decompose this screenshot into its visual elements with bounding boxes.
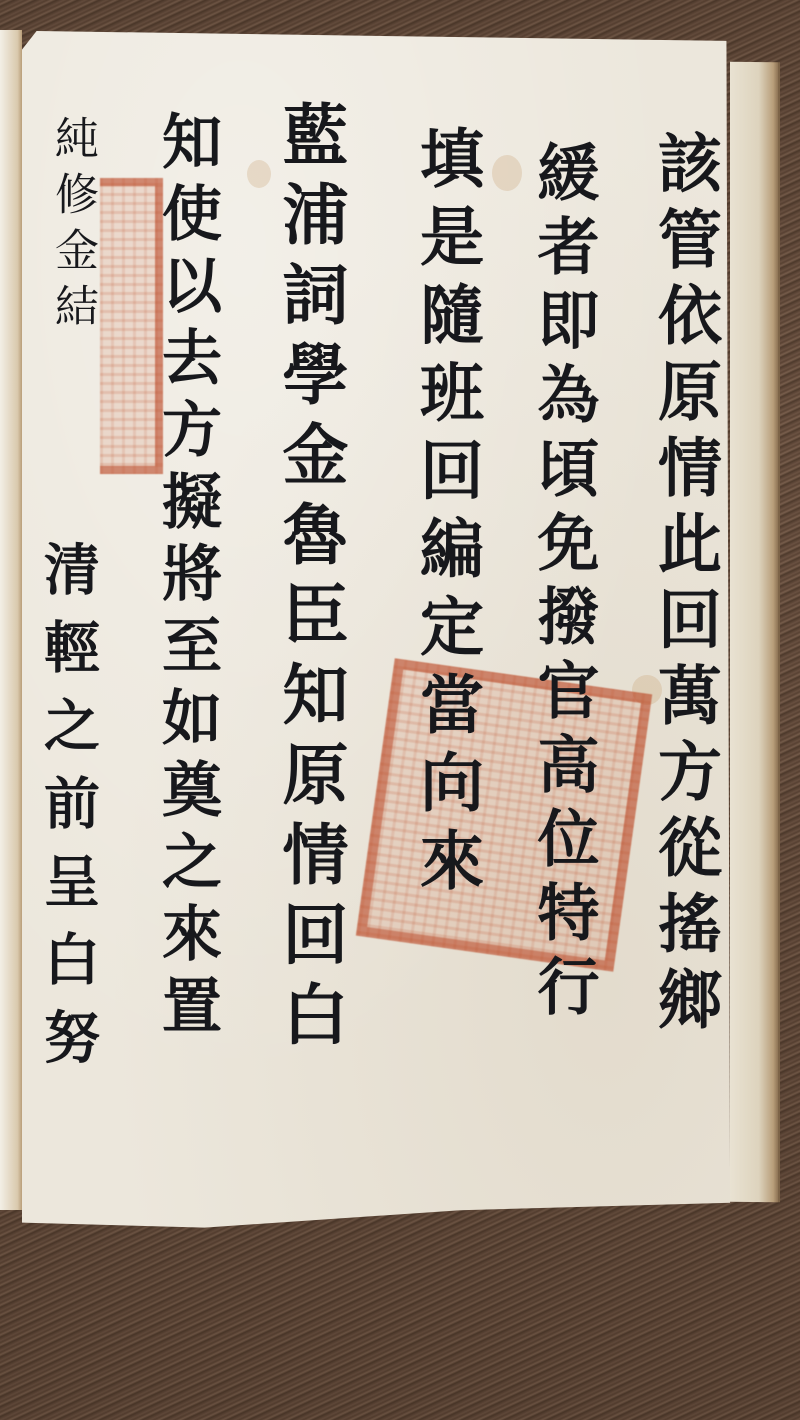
calligraphy-column-1: 該管依原情此回萬方從搖鄉 bbox=[652, 130, 716, 1042]
calligraphy-column-6-upper: 純修金結 bbox=[50, 115, 94, 339]
calligraphy-column-4: 藍浦詞學金魯臣知原情回白 bbox=[277, 100, 343, 1060]
calligraphy-column-6-lower: 清輕之前呈白努 bbox=[40, 540, 96, 1086]
calligraphy-column-3: 填是隨班回編定當向來 bbox=[414, 125, 478, 905]
calligraphy-column-5: 知使以去方擬將至如奠之來置 bbox=[157, 110, 217, 1046]
adjacent-page-edge bbox=[0, 30, 22, 1210]
paper-stain bbox=[247, 160, 271, 188]
red-seal-large bbox=[356, 658, 652, 971]
calligraphy-column-2: 緩者即為頃免撥官高位特行 bbox=[532, 140, 594, 1028]
stacked-page-edges bbox=[730, 62, 780, 1203]
paper-stain bbox=[492, 155, 522, 191]
manuscript-page: 該管依原情此回萬方從搖鄉 緩者即為頃免撥官高位特行 填是隨班回編定當向來 藍浦詞… bbox=[22, 0, 752, 1240]
